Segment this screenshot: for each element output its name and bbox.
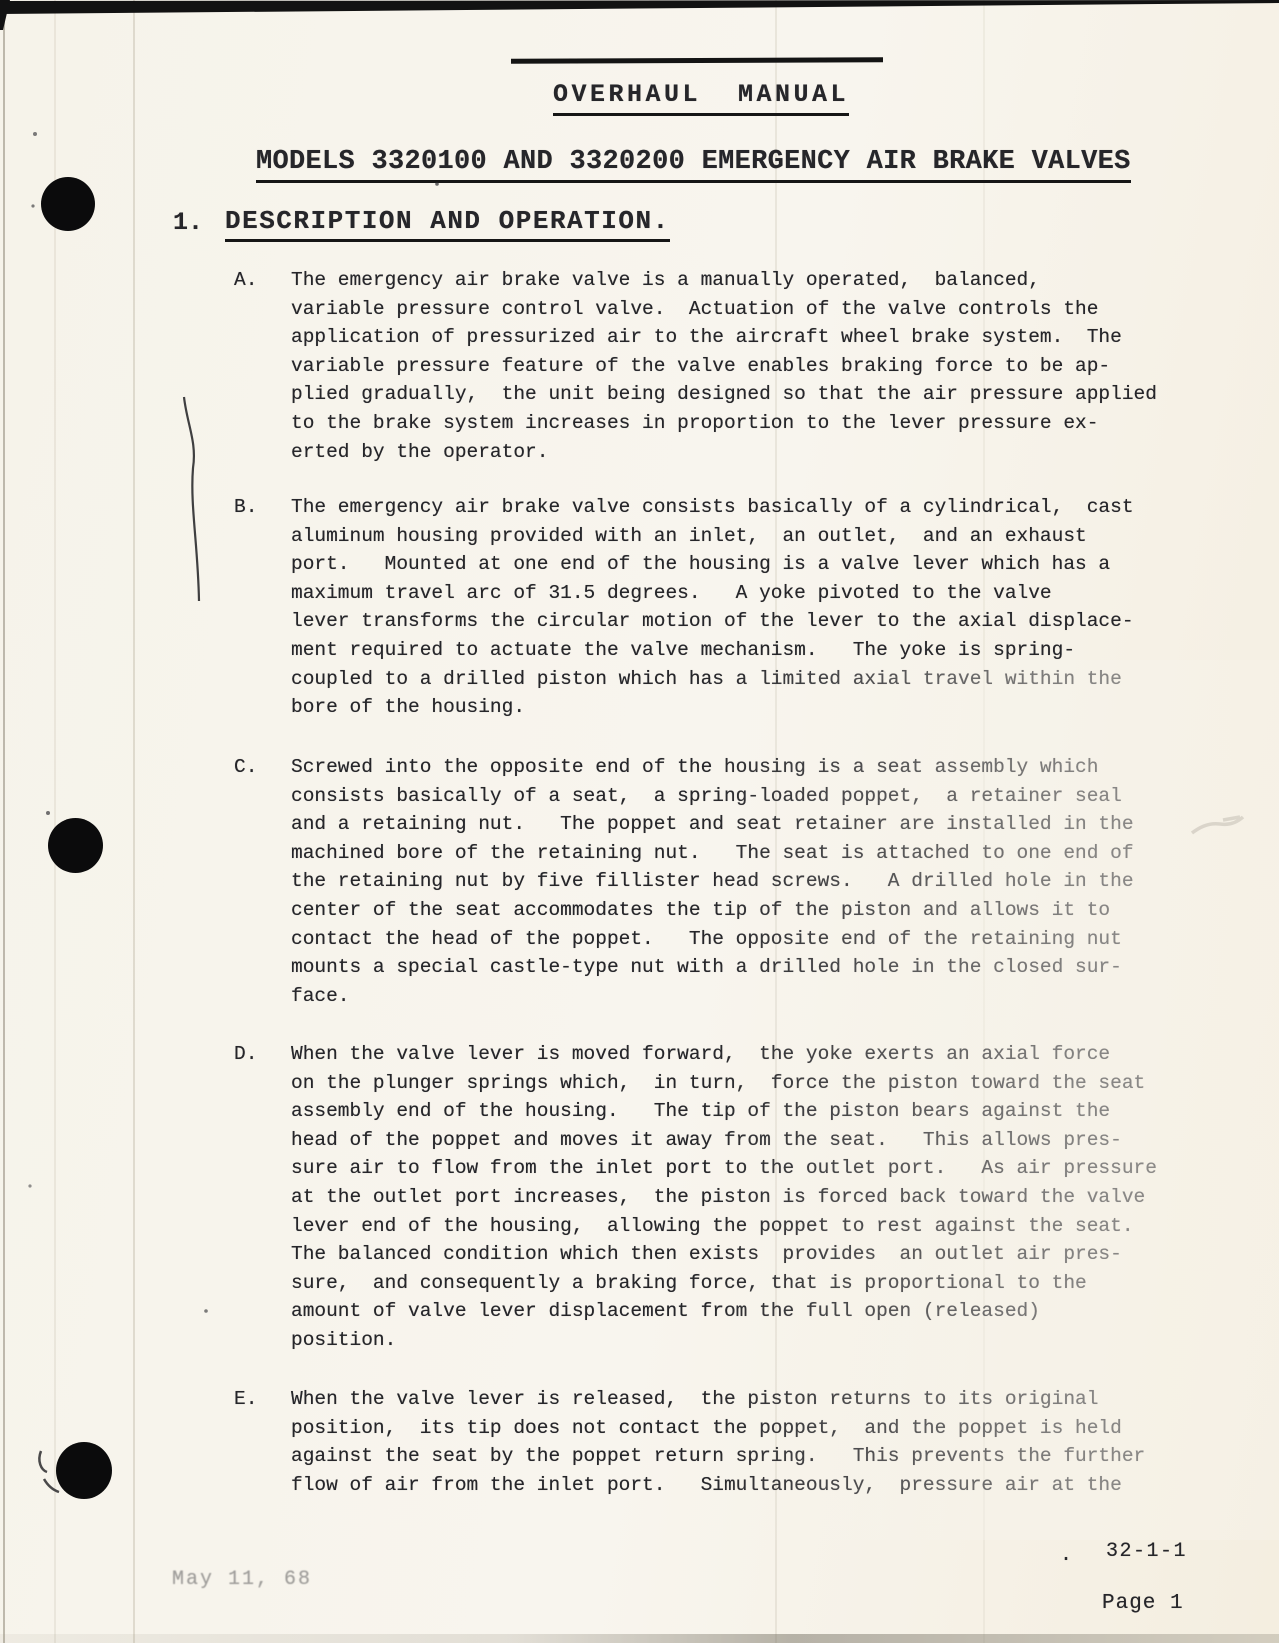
ink-speck xyxy=(46,811,50,815)
scan-bottom-edge xyxy=(0,1634,1279,1643)
paragraph-b-text: The emergency air brake valve consists b… xyxy=(291,493,1134,722)
paragraph-e-label: E. xyxy=(234,1385,257,1414)
ink-speck xyxy=(204,1309,208,1313)
paragraph-a-text: The emergency air brake valve is a manua… xyxy=(291,266,1157,466)
section-title: DESCRIPTION AND OPERATION. xyxy=(225,206,670,242)
scan-top-left-corner xyxy=(0,0,10,30)
ink-speck xyxy=(33,132,37,136)
paragraph-c-label: C. xyxy=(234,753,257,782)
footer-doc-number: 32-1-1 xyxy=(1106,1540,1187,1563)
punch-hole-top xyxy=(41,177,95,231)
footer-dot: . xyxy=(1060,1544,1072,1567)
crease-line xyxy=(133,0,135,1643)
scan-top-edge xyxy=(0,0,1279,14)
paragraph-a-label: A. xyxy=(234,266,257,295)
section-number: 1. xyxy=(173,208,203,237)
footer-page-label: Page 1 xyxy=(1102,1592,1184,1615)
ink-speck xyxy=(28,1184,31,1187)
models-subtitle: MODELS 3320100 AND 3320200 EMERGENCY AIR… xyxy=(256,147,1131,183)
crease-line xyxy=(54,0,56,1643)
paragraph-c-text: Screwed into the opposite end of the hou… xyxy=(291,753,1134,1010)
pen-stroke-mark xyxy=(184,397,199,601)
paragraph-b-label: B. xyxy=(234,493,257,522)
paragraph-e-text: When the valve lever is released, the pi… xyxy=(291,1385,1145,1499)
paragraph-d-text: When the valve lever is moved forward, t… xyxy=(291,1040,1157,1355)
header-rule xyxy=(511,57,883,64)
ink-speck xyxy=(31,204,34,207)
page-title: OVERHAUL MANUAL xyxy=(553,80,849,116)
smudge-arrow-mark xyxy=(1192,817,1243,833)
punch-hole-bottom xyxy=(56,1442,112,1499)
paragraph-d-label: D. xyxy=(234,1040,257,1069)
manual-page: OVERHAUL MANUAL MODELS 3320100 AND 33202… xyxy=(0,0,1279,1643)
footer-date: May 11, 68 xyxy=(172,1568,312,1591)
paper-edge-line xyxy=(3,0,5,1643)
punch-hole-middle xyxy=(48,818,103,873)
